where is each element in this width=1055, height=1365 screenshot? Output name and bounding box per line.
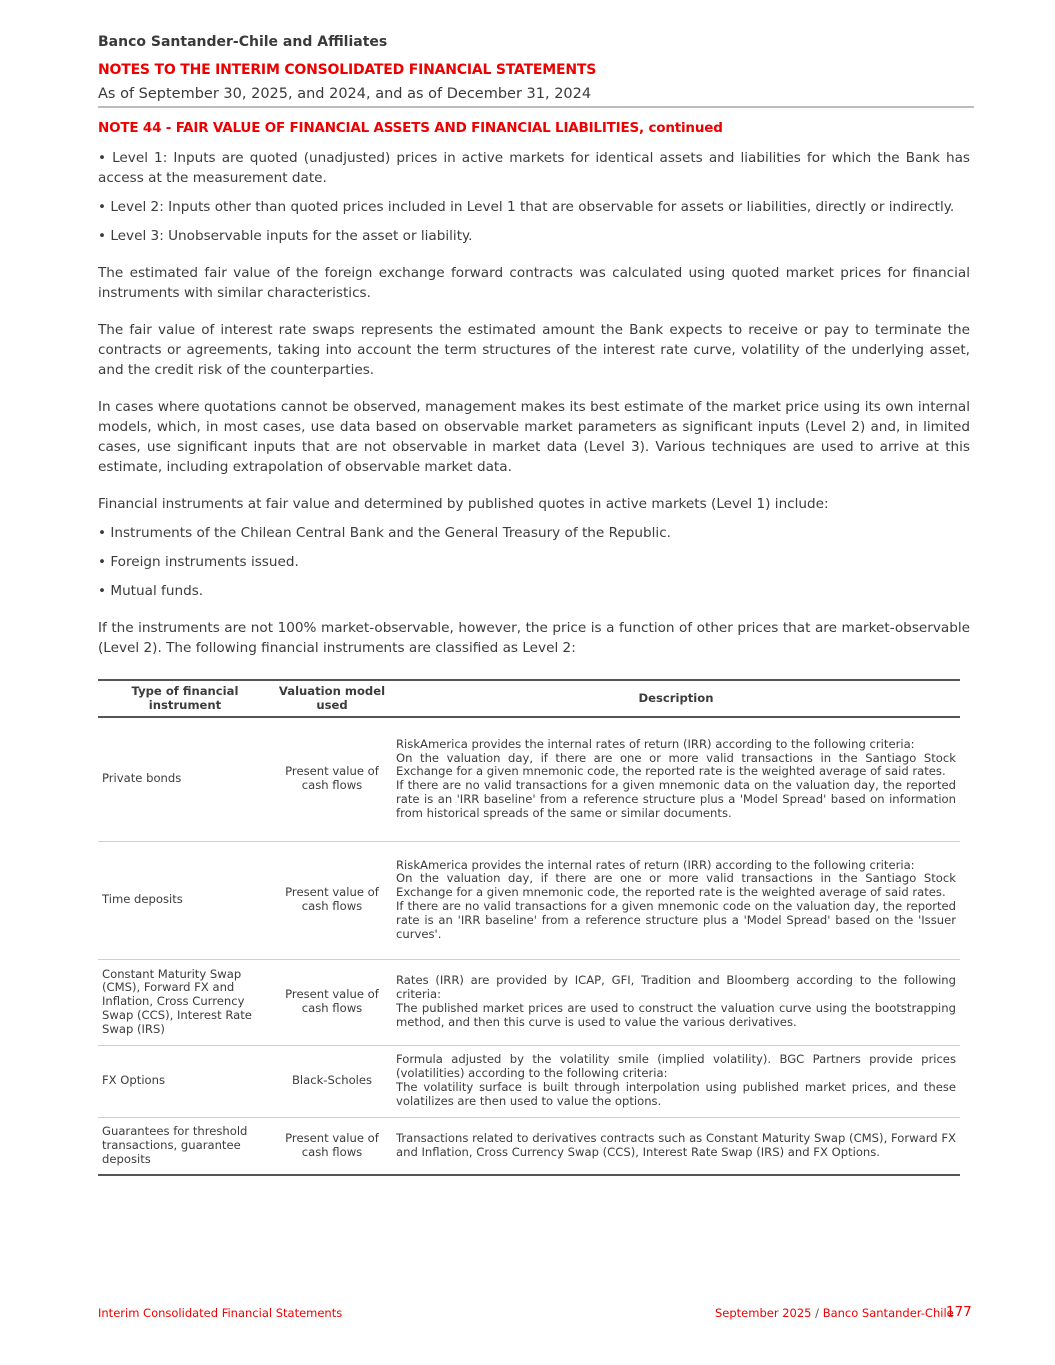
footer-period: September 2025 / Banco Santander-Chile xyxy=(715,1306,954,1320)
level1-item: • Mutual funds. xyxy=(98,581,970,601)
description-line: If there are no valid transactions for a… xyxy=(396,779,956,820)
paragraph-unobservable-quotations: In cases where quotations cannot be obse… xyxy=(98,397,970,477)
valuation-model-cell: Present value of cash flows xyxy=(272,1117,392,1175)
description-line: If there are no valid transactions for a… xyxy=(396,900,956,941)
description-line: RiskAmerica provides the internal rates … xyxy=(396,859,956,873)
instrument-type-cell: Guarantees for threshold transactions, g… xyxy=(98,1117,272,1175)
table-row: Private bondsPresent value of cash flows… xyxy=(98,717,960,841)
description-line: Rates (IRR) are provided by ICAP, GFI, T… xyxy=(396,974,956,1002)
table-row: Time depositsPresent value of cash flows… xyxy=(98,841,960,959)
column-header-description: Description xyxy=(392,680,960,717)
description-line: Transactions related to derivatives cont… xyxy=(396,1132,956,1160)
description-cell: RiskAmerica provides the internal rates … xyxy=(392,841,960,959)
instrument-type-cell: FX Options xyxy=(98,1045,272,1117)
table-row: FX OptionsBlack-ScholesFormula adjusted … xyxy=(98,1045,960,1117)
valuation-model-cell: Present value of cash flows xyxy=(272,717,392,841)
as-of-date: As of September 30, 2025, and 2024, and … xyxy=(98,86,591,102)
note-body: • Level 1: Inputs are quoted (unadjusted… xyxy=(98,148,970,658)
description-line: On the valuation day, if there are one o… xyxy=(396,872,956,900)
level2-intro: If the instruments are not 100% market-o… xyxy=(98,618,970,658)
footer-separator: / xyxy=(812,1306,823,1320)
column-header-model: Valuation model used xyxy=(272,680,392,717)
description-cell: Rates (IRR) are provided by ICAP, GFI, T… xyxy=(392,959,960,1045)
valuation-model-cell: Present value of cash flows xyxy=(272,841,392,959)
note-title: NOTE 44 - FAIR VALUE OF FINANCIAL ASSETS… xyxy=(98,120,723,136)
footer-document-title: Interim Consolidated Financial Statement… xyxy=(98,1306,342,1320)
valuation-model-cell: Present value of cash flows xyxy=(272,959,392,1045)
header-divider xyxy=(98,106,974,108)
company-name: Banco Santander-Chile and Affiliates xyxy=(98,34,387,50)
instrument-type-cell: Time deposits xyxy=(98,841,272,959)
table-row: Guarantees for threshold transactions, g… xyxy=(98,1117,960,1175)
level1-item: • Foreign instruments issued. xyxy=(98,552,970,572)
paragraph-fx-forward: The estimated fair value of the foreign … xyxy=(98,263,970,303)
level1-intro: Financial instruments at fair value and … xyxy=(98,494,970,514)
page-number: 177 xyxy=(946,1304,972,1320)
column-header-type: Type of financial instrument xyxy=(98,680,272,717)
description-cell: Transactions related to derivatives cont… xyxy=(392,1117,960,1175)
footer-company: Banco Santander-Chile xyxy=(823,1306,954,1320)
paragraph-interest-rate-swaps: The fair value of interest rate swaps re… xyxy=(98,320,970,380)
description-line: The published market prices are used to … xyxy=(396,1002,956,1030)
notes-title: NOTES TO THE INTERIM CONSOLIDATED FINANC… xyxy=(98,62,596,78)
level-2-bullet: • Level 2: Inputs other than quoted pric… xyxy=(98,197,970,217)
valuation-model-cell: Black-Scholes xyxy=(272,1045,392,1117)
instrument-type-cell: Private bonds xyxy=(98,717,272,841)
description-line: The volatility surface is built through … xyxy=(396,1081,956,1109)
description-line: RiskAmerica provides the internal rates … xyxy=(396,738,956,752)
instrument-type-cell: Constant Maturity Swap (CMS), Forward FX… xyxy=(98,959,272,1045)
description-cell: Formula adjusted by the volatility smile… xyxy=(392,1045,960,1117)
description-line: Formula adjusted by the volatility smile… xyxy=(396,1053,956,1081)
level2-instruments-table: Type of financial instrument Valuation m… xyxy=(98,679,960,1176)
table-header-row: Type of financial instrument Valuation m… xyxy=(98,680,960,717)
description-cell: RiskAmerica provides the internal rates … xyxy=(392,717,960,841)
table-row: Constant Maturity Swap (CMS), Forward FX… xyxy=(98,959,960,1045)
table-body: Private bondsPresent value of cash flows… xyxy=(98,717,960,1175)
level-1-bullet: • Level 1: Inputs are quoted (unadjusted… xyxy=(98,148,970,188)
description-line: On the valuation day, if there are one o… xyxy=(396,752,956,780)
footer-date: September 2025 xyxy=(715,1306,812,1320)
level1-item: • Instruments of the Chilean Central Ban… xyxy=(98,523,970,543)
level-3-bullet: • Level 3: Unobservable inputs for the a… xyxy=(98,226,970,246)
